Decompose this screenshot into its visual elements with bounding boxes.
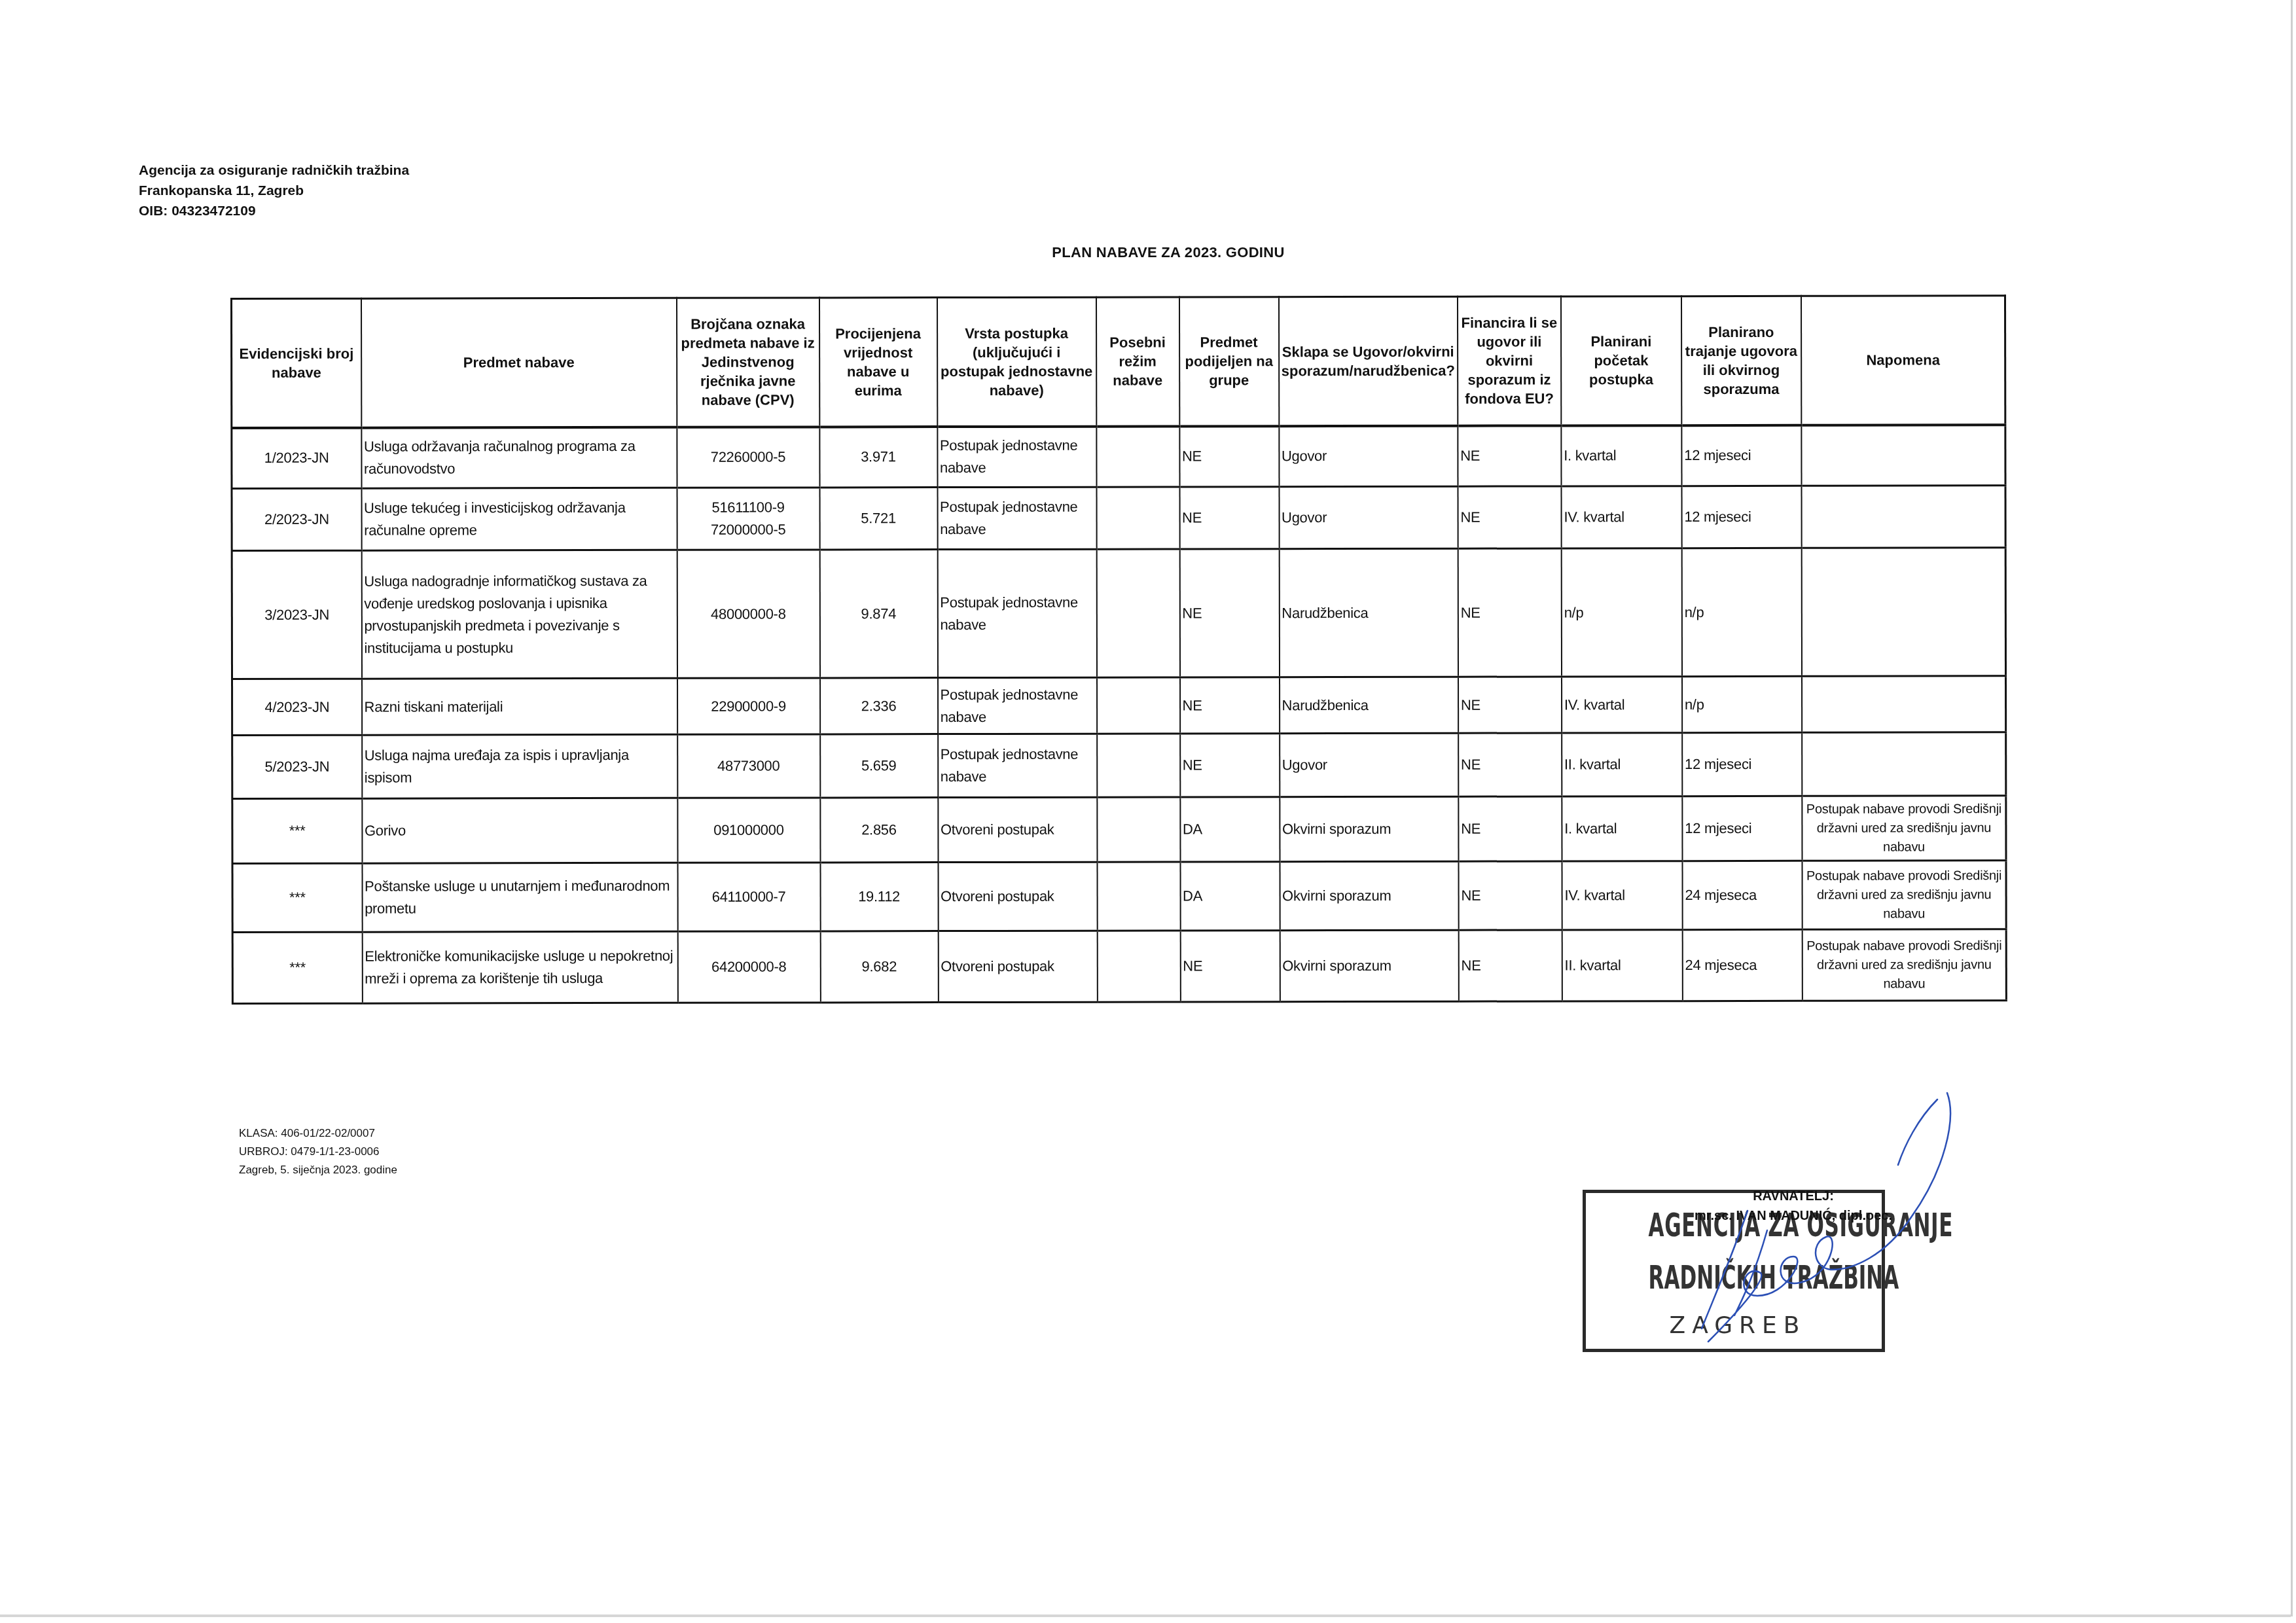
evidence-number-cell: *** bbox=[232, 863, 362, 932]
note-cell bbox=[1801, 425, 2005, 486]
column-header: Posebni režim nabave bbox=[1096, 297, 1179, 426]
organization-name: Agencija za osiguranje radničkih tražbin… bbox=[139, 160, 409, 181]
planned-duration-cell: 24 mjeseca bbox=[1682, 861, 1802, 929]
organization-address: Frankopanska 11, Zagreb bbox=[139, 181, 409, 201]
eu-funds-cell: NE bbox=[1458, 425, 1561, 486]
column-header: Predmet nabave bbox=[361, 298, 677, 427]
contract-type-cell: Okvirni sporazum bbox=[1280, 930, 1458, 1001]
divided-into-groups-cell: NE bbox=[1179, 549, 1279, 677]
eu-funds-cell: NE bbox=[1458, 486, 1561, 548]
divided-into-groups-cell: NE bbox=[1180, 677, 1280, 734]
column-header: Brojčana oznaka predmeta nabave iz Jedin… bbox=[677, 298, 819, 427]
planned-start-cell: IV. kvartal bbox=[1561, 486, 1681, 548]
note-cell: Postupak nabave provodi Središnji državn… bbox=[1802, 861, 2006, 930]
special-regime-cell bbox=[1096, 549, 1179, 677]
special-regime-cell bbox=[1096, 487, 1179, 549]
planned-duration-cell: 12 mjeseci bbox=[1682, 796, 1802, 861]
estimated-value-cell: 2.856 bbox=[820, 798, 938, 863]
place-date: Zagreb, 5. siječnja 2023. godine bbox=[239, 1161, 397, 1179]
special-regime-cell bbox=[1097, 797, 1180, 862]
planned-start-cell: II. kvartal bbox=[1562, 733, 1682, 796]
table-header-row: Evidencijski broj nabavePredmet nabaveBr… bbox=[232, 296, 2006, 428]
note-cell bbox=[1801, 548, 2005, 677]
planned-start-cell: I. kvartal bbox=[1561, 425, 1681, 486]
subject-cell: Usluga najma uređaja za ispis i upravlja… bbox=[362, 734, 677, 798]
planned-duration-cell: n/p bbox=[1682, 676, 1802, 732]
cpv-code-cell: 72260000-5 bbox=[677, 427, 819, 488]
subject-cell: Usluga održavanja računalnog programa za… bbox=[361, 427, 677, 488]
stamp-line: ZAGREB bbox=[1594, 1312, 1882, 1339]
table-row: 4/2023-JNRazni tiskani materijali2290000… bbox=[232, 676, 2006, 736]
procedure-type-cell: Postupak jednostavne nabave bbox=[937, 549, 1096, 677]
column-header: Procijenjena vrijednost nabave u eurima bbox=[819, 298, 937, 427]
contract-type-cell: Ugovor bbox=[1280, 733, 1458, 796]
page-edge bbox=[2291, 0, 2293, 1616]
special-regime-cell bbox=[1097, 931, 1180, 1002]
estimated-value-cell: 19.112 bbox=[820, 863, 938, 931]
estimated-value-cell: 9.874 bbox=[819, 550, 937, 678]
cpv-code-cell: 64200000-8 bbox=[677, 931, 820, 1003]
divided-into-groups-cell: NE bbox=[1180, 931, 1280, 1002]
column-header: Vrsta postupka (uključujući i postupak j… bbox=[937, 297, 1096, 426]
estimated-value-cell: 3.971 bbox=[819, 427, 937, 488]
eu-funds-cell: NE bbox=[1458, 677, 1562, 733]
eu-funds-cell: NE bbox=[1458, 930, 1562, 1001]
contract-type-cell: Narudžbenica bbox=[1280, 677, 1458, 733]
planned-duration-cell: 24 mjeseca bbox=[1682, 929, 1802, 1001]
evidence-number-cell: 4/2023-JN bbox=[232, 679, 362, 735]
planned-start-cell: n/p bbox=[1561, 548, 1681, 677]
signatory-role: RAVNATELJ: bbox=[1669, 1186, 1918, 1206]
urbroj: URBROJ: 0479-1/1-23-0006 bbox=[239, 1143, 397, 1161]
evidence-number-cell: 2/2023-JN bbox=[232, 488, 361, 550]
planned-start-cell: IV. kvartal bbox=[1562, 677, 1682, 733]
divided-into-groups-cell: DA bbox=[1180, 797, 1280, 862]
column-header: Evidencijski broj nabave bbox=[232, 298, 361, 427]
procedure-type-cell: Postupak jednostavne nabave bbox=[938, 677, 1097, 734]
special-regime-cell bbox=[1096, 426, 1179, 487]
contract-type-cell: Ugovor bbox=[1279, 486, 1458, 548]
table-row: 2/2023-JNUsluge tekućeg i investicijskog… bbox=[232, 486, 2005, 551]
planned-duration-cell: 12 mjeseci bbox=[1681, 425, 1801, 486]
stamp-line: RADNIČKIH TRAŽBINA bbox=[1649, 1258, 1827, 1296]
planned-duration-cell: n/p bbox=[1681, 548, 1801, 676]
subject-cell: Poštanske usluge u unutarnjem i međunaro… bbox=[362, 863, 677, 932]
planned-start-cell: I. kvartal bbox=[1562, 796, 1682, 861]
eu-funds-cell: NE bbox=[1458, 796, 1562, 861]
evidence-number-cell: 5/2023-JN bbox=[232, 735, 362, 798]
table-row: ***Gorivo0910000002.856Otvoreni postupak… bbox=[232, 796, 2006, 864]
contract-type-cell: Narudžbenica bbox=[1279, 548, 1458, 677]
contract-type-cell: Okvirni sporazum bbox=[1280, 861, 1458, 930]
subject-cell: Usluga nadogradnje informatičkog sustava… bbox=[361, 550, 677, 679]
subject-cell: Razni tiskani materijali bbox=[362, 678, 677, 735]
column-header: Planirano trajanje ugovora ili okvirnog … bbox=[1681, 296, 1801, 425]
special-regime-cell bbox=[1097, 862, 1180, 931]
document-title: PLAN NABAVE ZA 2023. GODINU bbox=[916, 244, 1420, 261]
eu-funds-cell: NE bbox=[1458, 861, 1562, 930]
note-cell bbox=[1802, 732, 2006, 796]
column-header: Financira li se ugovor ili okvirni spora… bbox=[1458, 296, 1561, 425]
note-cell: Postupak nabave provodi Središnji državn… bbox=[1802, 796, 2006, 861]
evidence-number-cell: 3/2023-JN bbox=[232, 550, 361, 679]
table-row: 1/2023-JNUsluga održavanja računalnog pr… bbox=[232, 425, 2005, 489]
estimated-value-cell: 5.721 bbox=[819, 488, 937, 550]
evidence-number-cell: 1/2023-JN bbox=[232, 427, 361, 488]
subject-cell: Usluge tekućeg i investicijskog održavan… bbox=[361, 488, 677, 550]
table-row: 5/2023-JNUsluga najma uređaja za ispis i… bbox=[232, 732, 2006, 799]
planned-duration-cell: 12 mjeseci bbox=[1681, 486, 1801, 548]
divided-into-groups-cell: NE bbox=[1179, 426, 1279, 487]
procedure-type-cell: Otvoreni postupak bbox=[938, 931, 1097, 1002]
planned-start-cell: II. kvartal bbox=[1562, 930, 1682, 1001]
signatory-name: mr.sc. IVAN MADUNIĆ, dipl.oec. bbox=[1669, 1206, 1918, 1226]
column-header: Sklapa se Ugovor/okvirni sporazum/narudž… bbox=[1279, 296, 1458, 425]
special-regime-cell bbox=[1097, 677, 1180, 734]
note-cell bbox=[1801, 486, 2005, 548]
table-row: ***Poštanske usluge u unutarnjem i međun… bbox=[232, 861, 2006, 933]
cpv-code-cell: 48773000 bbox=[677, 734, 820, 798]
document-reference: KLASA: 406-01/22-02/0007 URBROJ: 0479-1/… bbox=[239, 1124, 397, 1179]
cpv-code-cell: 22900000-9 bbox=[677, 678, 820, 734]
subject-cell: Elektroničke komunikacijske usluge u nep… bbox=[362, 931, 677, 1003]
table-row: 3/2023-JNUsluga nadogradnje informatičko… bbox=[232, 548, 2006, 679]
procedure-type-cell: Otvoreni postupak bbox=[938, 862, 1097, 931]
evidence-number-cell: *** bbox=[232, 798, 362, 863]
contract-type-cell: Ugovor bbox=[1279, 425, 1458, 486]
evidence-number-cell: *** bbox=[232, 932, 362, 1003]
column-header: Napomena bbox=[1801, 296, 2005, 425]
planned-start-cell: IV. kvartal bbox=[1562, 861, 1682, 930]
signature-block: RAVNATELJ: mr.sc. IVAN MADUNIĆ, dipl.oec… bbox=[1669, 1186, 1918, 1226]
estimated-value-cell: 2.336 bbox=[820, 678, 938, 734]
cpv-code-cell: 48000000-8 bbox=[677, 550, 819, 678]
note-cell: Postupak nabave provodi Središnji državn… bbox=[1802, 929, 2006, 1001]
eu-funds-cell: NE bbox=[1458, 733, 1562, 796]
procedure-type-cell: Postupak jednostavne nabave bbox=[938, 734, 1097, 797]
cpv-code-cell: 51611100-9 72000000-5 bbox=[677, 488, 819, 550]
column-header: Planirani početak postupka bbox=[1561, 296, 1681, 425]
subject-cell: Gorivo bbox=[362, 798, 677, 863]
contract-type-cell: Okvirni sporazum bbox=[1280, 796, 1458, 861]
special-regime-cell bbox=[1097, 734, 1180, 797]
procurement-plan-table: Evidencijski broj nabavePredmet nabaveBr… bbox=[230, 294, 2007, 1005]
divided-into-groups-cell: NE bbox=[1180, 734, 1280, 797]
page-edge bbox=[0, 1614, 2291, 1617]
eu-funds-cell: NE bbox=[1458, 548, 1561, 677]
note-cell bbox=[1802, 676, 2006, 733]
divided-into-groups-cell: NE bbox=[1179, 487, 1279, 549]
divided-into-groups-cell: DA bbox=[1180, 862, 1280, 931]
estimated-value-cell: 9.682 bbox=[820, 931, 938, 1003]
estimated-value-cell: 5.659 bbox=[820, 734, 938, 798]
organization-header: Agencija za osiguranje radničkih tražbin… bbox=[139, 160, 409, 221]
procedure-type-cell: Postupak jednostavne nabave bbox=[937, 426, 1096, 487]
procedure-type-cell: Postupak jednostavne nabave bbox=[937, 487, 1096, 549]
cpv-code-cell: 091000000 bbox=[677, 798, 820, 863]
klasa: KLASA: 406-01/22-02/0007 bbox=[239, 1124, 397, 1143]
column-header: Predmet podijeljen na grupe bbox=[1179, 297, 1279, 426]
cpv-code-cell: 64110000-7 bbox=[677, 863, 820, 931]
planned-duration-cell: 12 mjeseci bbox=[1682, 732, 1802, 796]
table-row: ***Elektroničke komunikacijske usluge u … bbox=[232, 929, 2006, 1004]
procedure-type-cell: Otvoreni postupak bbox=[938, 797, 1097, 862]
organization-oib: OIB: 04323472109 bbox=[139, 201, 409, 221]
